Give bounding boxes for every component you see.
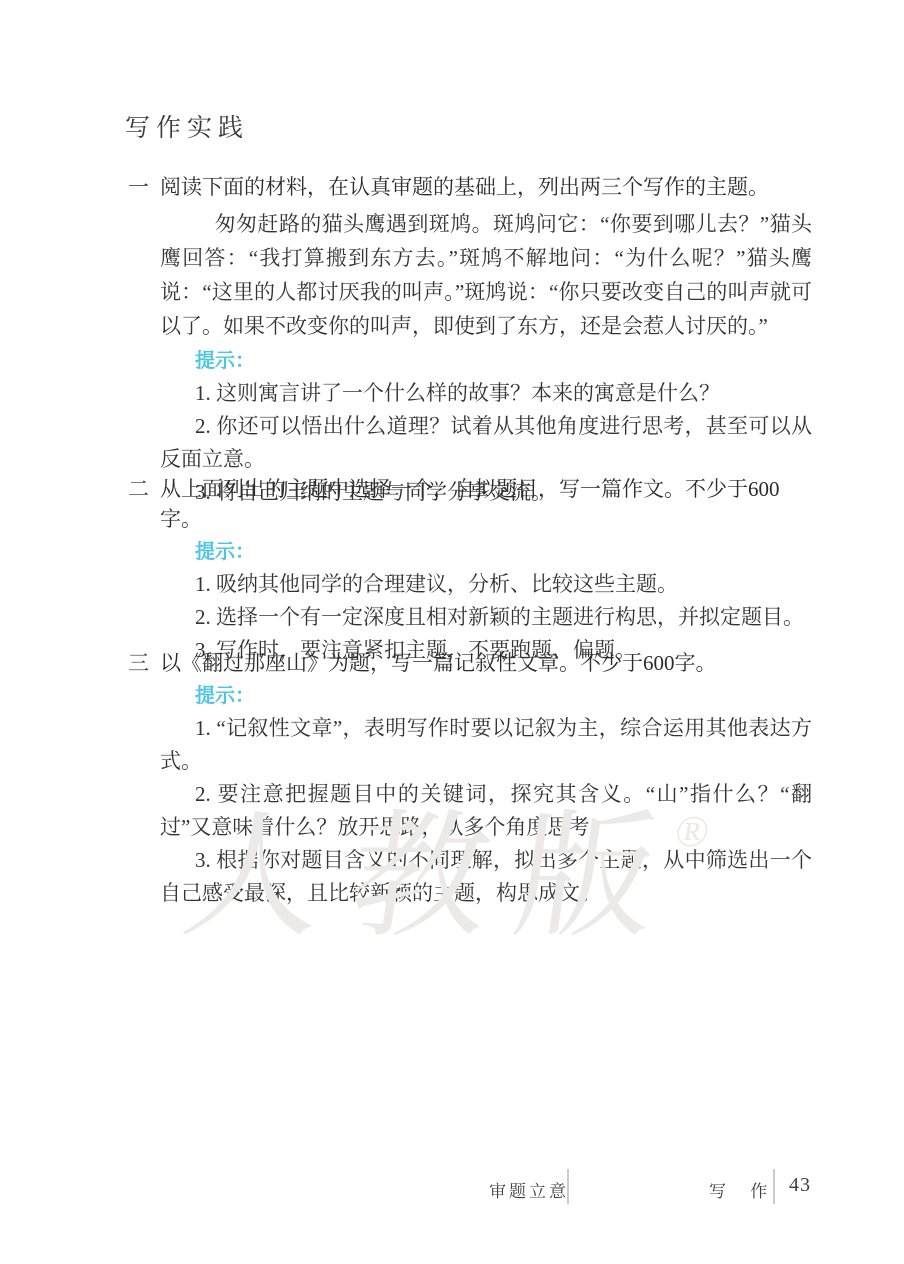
footer-chapter-label: 写 作 <box>709 1177 777 1202</box>
section-3-hint-label: 提示： <box>195 681 812 712</box>
section-3-heading: 三 以《翻过那座山》为题，写一篇记叙性文章。不少于600字。 <box>128 648 812 678</box>
footer-page-number: 43 <box>789 1174 811 1197</box>
section-2-hint-item: 2. 选择一个有一定深度且相对新颖的主题进行构思，并拟定题目。 <box>160 601 812 634</box>
footer-divider <box>773 1169 775 1204</box>
section-1-hint-item: 1. 这则寓言讲了一个什么样的故事？本来的寓意是什么？ <box>160 377 812 410</box>
section-2: 二 从上面列出的主题中选择一个，自拟题目，写一篇作文。不少于600字。 提示： … <box>128 474 812 667</box>
registered-trademark-icon: ® <box>672 807 712 856</box>
section-2-number: 二 <box>128 474 160 534</box>
section-1-hint-item: 2. 你还可以悟出什么道理？试着从其他角度进行思考，甚至可以从反面立意。 <box>160 410 812 476</box>
publisher-watermark: 人教版® <box>173 795 714 961</box>
section-3-number: 三 <box>128 648 160 678</box>
section-1: 一 阅读下面的材料，在认真审题的基础上，列出两三个写作的主题。 匆匆赶路的猫头鹰… <box>128 172 812 509</box>
footer-divider <box>567 1169 569 1204</box>
section-1-number: 一 <box>128 172 160 202</box>
section-1-heading: 一 阅读下面的材料，在认真审题的基础上，列出两三个写作的主题。 <box>128 172 812 202</box>
section-1-heading-text: 阅读下面的材料，在认真审题的基础上，列出两三个写作的主题。 <box>160 172 812 202</box>
section-3-hint-item: 1. “记叙性文章”，表明写作时要以记叙为主，综合运用其他表达方式。 <box>160 712 812 778</box>
section-1-hint-label: 提示： <box>195 346 812 377</box>
section-2-heading-text: 从上面列出的主题中选择一个，自拟题目，写一篇作文。不少于600字。 <box>160 474 812 534</box>
footer-section-label: 审题立意 <box>489 1177 569 1202</box>
section-2-hint-item: 1. 吸纳其他同学的合理建议，分析、比较这些主题。 <box>160 568 812 601</box>
section-2-heading: 二 从上面列出的主题中选择一个，自拟题目，写一篇作文。不少于600字。 <box>128 474 812 534</box>
textbook-page: 写作实践 一 阅读下面的材料，在认真审题的基础上，列出两三个写作的主题。 匆匆赶… <box>0 0 904 1264</box>
watermark-text: 人教版 <box>174 801 694 954</box>
section-1-material: 匆匆赶路的猫头鹰遇到斑鸠。斑鸠问它：“你要到哪儿去？”猫头鹰回答：“我打算搬到东… <box>160 207 812 343</box>
section-2-hint-label: 提示： <box>195 537 812 568</box>
page-title: 写作实践 <box>125 108 249 144</box>
section-3-heading-text: 以《翻过那座山》为题，写一篇记叙性文章。不少于600字。 <box>160 648 812 678</box>
